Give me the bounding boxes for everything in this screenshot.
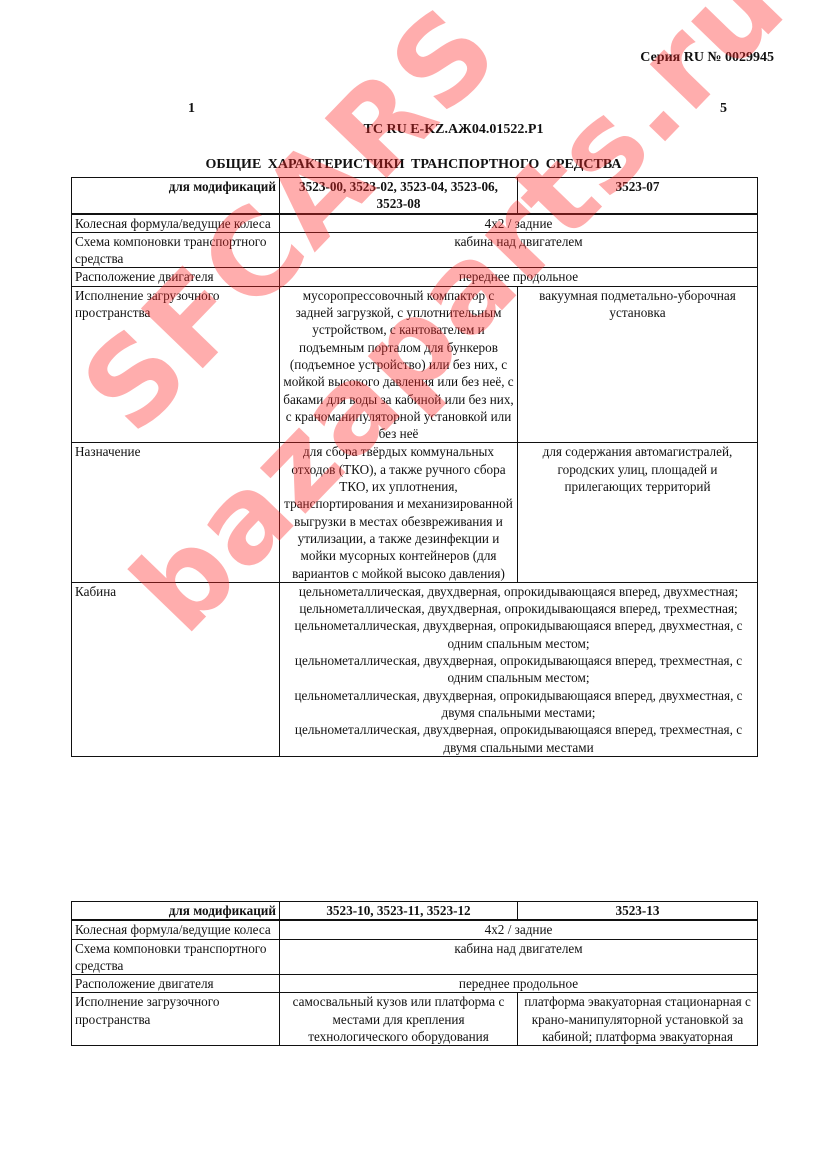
cabin-variant: цельнометаллическая, двухдверная, опроки… xyxy=(283,687,754,722)
row-label: Колесная формула/ведущие колеса xyxy=(72,214,280,233)
document-title: ОБЩИЕ ХАРАКТЕРИСТИКИ ТРАНСПОРТНОГО СРЕДС… xyxy=(0,157,827,173)
characteristics-table-2: для модификаций 3523-10, 3523-11, 3523-1… xyxy=(71,901,758,1046)
characteristics-table-1: для модификаций 3523-00, 3523-02, 3523-0… xyxy=(71,177,758,757)
table-header-row: для модификаций 3523-00, 3523-02, 3523-0… xyxy=(72,178,758,214)
row-value: переднее продольное xyxy=(280,268,758,286)
series-number: Серия RU № 0029945 xyxy=(640,50,774,66)
row-label: Схема компоновки транспортного средства xyxy=(72,232,280,268)
table-row: Назначение для сбора твёрдых коммунальны… xyxy=(72,443,758,582)
table-row: Расположение двигателя переднее продольн… xyxy=(72,268,758,286)
cabin-variant: цельнометаллическая, двухдверная, опроки… xyxy=(283,617,754,652)
row-value: кабина над двигателем xyxy=(280,232,758,268)
row-value-col1: мусоропрессовочный компактор с задней за… xyxy=(280,286,518,443)
row-label: Колесная формула/ведущие колеса xyxy=(72,920,280,939)
cabin-variant: цельнометаллическая, двухдверная, опроки… xyxy=(283,721,754,756)
table-row: Расположение двигателя переднее продольн… xyxy=(72,975,758,993)
table-row: Кабина цельнометаллическая, двухдверная,… xyxy=(72,582,758,756)
table-header-row: для модификаций 3523-10, 3523-11, 3523-1… xyxy=(72,902,758,921)
row-value-col1: для сбора твёрдых коммунальных отходов (… xyxy=(280,443,518,582)
row-value-col2: для содержания автомагистралей, городски… xyxy=(518,443,758,582)
certificate-number: ТС RU E-KZ.АЖ04.01522.Р1 xyxy=(0,122,827,138)
row-value: 4x2 / задние xyxy=(280,214,758,233)
row-value: кабина над двигателем xyxy=(280,939,758,975)
row-value-col2: вакуумная подметально-уборочная установк… xyxy=(518,286,758,443)
page-marker-right: 5 xyxy=(720,101,727,117)
header-modifications-group-1: 3523-10, 3523-11, 3523-12 xyxy=(280,902,518,921)
header-modifications-group-1: 3523-00, 3523-02, 3523-04, 3523-06, 3523… xyxy=(280,178,518,214)
header-modifications-group-2: 3523-13 xyxy=(518,902,758,921)
row-label: Схема компоновки транспортного средства xyxy=(72,939,280,975)
row-label: Исполнение загрузочного пространства xyxy=(72,993,280,1046)
row-label: Расположение двигателя xyxy=(72,268,280,286)
cabin-variants: цельнометаллическая, двухдверная, опроки… xyxy=(280,582,758,756)
table-row: Колесная формула/ведущие колеса 4x2 / за… xyxy=(72,214,758,233)
table-row: Колесная формула/ведущие колеса 4x2 / за… xyxy=(72,920,758,939)
row-value-col1: самосвальный кузов или платформа с места… xyxy=(280,993,518,1046)
row-label: Расположение двигателя xyxy=(72,975,280,993)
table-row: Схема компоновки транспортного средства … xyxy=(72,939,758,975)
cabin-variant: цельнометаллическая, двухдверная, опроки… xyxy=(283,652,754,687)
header-modifications-group-2: 3523-07 xyxy=(518,178,758,214)
table-row: Схема компоновки транспортного средства … xyxy=(72,232,758,268)
row-label: Кабина xyxy=(72,582,280,756)
row-value: 4x2 / задние xyxy=(280,920,758,939)
table-row: Исполнение загрузочного пространства сам… xyxy=(72,993,758,1046)
row-value: переднее продольное xyxy=(280,975,758,993)
cabin-variant: цельнометаллическая, двухдверная, опроки… xyxy=(283,583,754,600)
header-label: для модификаций xyxy=(72,902,280,921)
cabin-variant: цельнометаллическая, двухдверная, опроки… xyxy=(283,600,754,617)
row-value-col2: платформа эвакуаторная стационарная с кр… xyxy=(518,993,758,1046)
header-label: для модификаций xyxy=(72,178,280,214)
row-label: Назначение xyxy=(72,443,280,582)
table-row: Исполнение загрузочного пространства мус… xyxy=(72,286,758,443)
row-label: Исполнение загрузочного пространства xyxy=(72,286,280,443)
page-marker-left: 1 xyxy=(188,101,195,117)
